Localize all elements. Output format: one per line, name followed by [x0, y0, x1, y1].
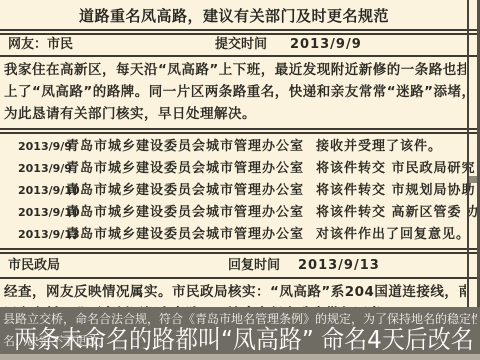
reply-header-row: 市民政局 回复时间 2013/9/13 — [0, 258, 468, 274]
submit-header-row: 网友：市民 提交时间 2013/9/9 — [0, 37, 468, 53]
bulletin-page: 道路重名凤高路，建议有关部门及时更名规范 网友：市民 提交时间 2013/9/9… — [0, 0, 480, 360]
log-date: 2013/9/10 — [18, 180, 66, 202]
separator-top — [0, 29, 480, 35]
submit-time-label: 提交时间 — [215, 37, 267, 53]
message-line-3: 为此恳请有关部门核实，早日处理解决。 — [4, 103, 466, 125]
message-line-2: 上了“凤高路”的路牌。同一片区两条路重名，快递和亲友常常“迷路”添堵， — [4, 81, 466, 103]
log-department: 青岛市城乡建设委员会城市管理办公室 — [66, 136, 316, 158]
bottom-strip — [0, 354, 480, 360]
log-action: 将该件转交 市规划局协助 办理。 — [316, 180, 480, 202]
separator-2 — [0, 128, 480, 134]
log-department: 青岛市城乡建设委员会城市管理办公室 — [66, 224, 316, 246]
log-row: 2013/9/10 青岛市城乡建设委员会城市管理办公室 将该件转交 高新区管委 … — [0, 202, 466, 224]
submit-date: 2013/9/9 — [290, 37, 362, 53]
process-log: 2013/9/9 青岛市城乡建设委员会城市管理办公室 接收并受理了该件。 201… — [0, 136, 466, 246]
reply-date: 2013/9/13 — [298, 258, 380, 274]
log-action: 对该件作出了回复意见。 — [316, 224, 470, 246]
log-row: 2013/9/9 青岛市城乡建设委员会城市管理办公室 将该件转交 市民政局研究 … — [0, 158, 466, 180]
message-content: 我家住在高新区，每天沿“凤高路”上下班，最近发现附近新修的一条路也挂 上了“凤高… — [4, 59, 466, 127]
separator-3 — [0, 248, 480, 254]
log-action: 接收并受理了该件。 — [316, 136, 442, 158]
log-department: 青岛市城乡建设委员会城市管理办公室 — [66, 158, 316, 180]
reply-department-label: 市民政局 — [8, 258, 60, 274]
author-label: 网友：市民 — [8, 37, 73, 53]
log-date: 2013/9/10 — [18, 202, 66, 224]
news-headline: 两条未命名的路都叫“凤高路” 命名4天后改名 — [14, 320, 446, 356]
headline-overlay: 县路立交桥，命名合法合规，符合《青岛市地名管理条例》的规定，为了保持地名的稳定性… — [0, 307, 480, 354]
scrollbar-thumb[interactable] — [469, 176, 477, 183]
log-row: 2013/9/9 青岛市城乡建设委员会城市管理办公室 接收并受理了该件。 — [0, 136, 466, 158]
log-row: 2013/9/10 青岛市城乡建设委员会城市管理办公室 将该件转交 市规划局协助… — [0, 180, 466, 202]
log-date: 2013/9/9 — [18, 136, 66, 158]
log-department: 青岛市城乡建设委员会城市管理办公室 — [66, 202, 316, 224]
reply-time-label: 回复时间 — [228, 258, 280, 274]
log-date: 2013/9/9 — [18, 158, 66, 180]
log-action: 将该件转交 高新区管委 办理。 — [316, 202, 480, 224]
log-action: 将该件转交 市民政局研究 办理。 — [316, 158, 480, 180]
separator-1 — [0, 55, 480, 57]
page-title: 道路重名凤高路，建议有关部门及时更名规范 — [0, 5, 468, 26]
log-date: 2013/9/13 — [18, 224, 66, 246]
separator-4 — [0, 277, 480, 279]
log-row: 2013/9/13 青岛市城乡建设委员会城市管理办公室 对该件作出了回复意见。 — [0, 224, 466, 246]
log-department: 青岛市城乡建设委员会城市管理办公室 — [66, 180, 316, 202]
reply-line-1: 经查，网友反映情况属实。市民政局核实：“凤高路”系204国道连接线，南起凤 — [4, 281, 466, 303]
message-line-1: 我家住在高新区，每天沿“凤高路”上下班，最近发现附近新修的一条路也挂 — [4, 59, 466, 81]
